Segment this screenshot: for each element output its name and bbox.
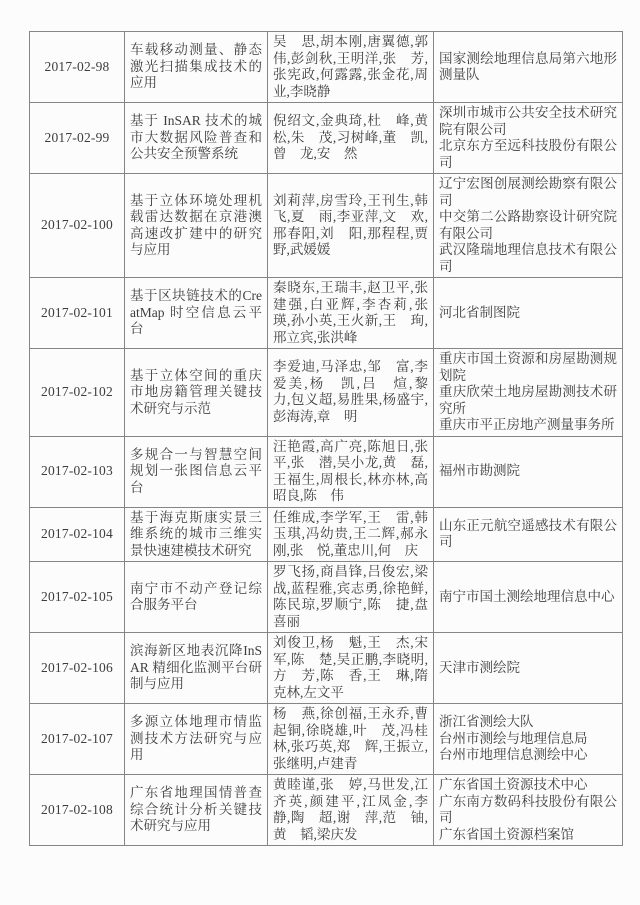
organization-line: 国家测绘地理信息局第六地形测量队 [439, 51, 617, 84]
award-id-cell: 2017-02-102 [30, 349, 125, 437]
organizations-cell: 重庆市国土资源和房屋勘测规划院重庆欣荣土地房屋勘测技术研究所重庆市平正房地产测量… [434, 349, 623, 437]
organizations-cell: 深圳市城市公共安全技术研究院有限公司北京东方至远科技股份有限公司 [434, 103, 623, 174]
organization-line: 辽宁宏图创展测绘勘察有限公司 [439, 176, 617, 209]
organization-line: 台州市地理信息测绘中心 [439, 747, 617, 764]
project-title-cell: 车载移动测量、静态激光扫描集成技术的应用 [125, 32, 268, 103]
awardees-cell: 黄睦谨,张 婷,马世发,江齐英,颜建平,江凤金,李 静,陶 超,谢 萍,范 铀,… [268, 775, 434, 846]
award-id-cell: 2017-02-107 [30, 704, 125, 775]
awardees-cell: 罗飞扬,商昌锋,吕俊宏,梁 战,蓝程雅,宾志勇,徐艳鲜,陈民琼,罗顺宁,陈 捷,… [268, 562, 434, 633]
organizations-cell: 辽宁宏图创展测绘勘察有限公司中交第二公路勘察设计研究院有限公司武汉隆瑞地理信息技… [434, 174, 623, 278]
award-id-cell: 2017-02-98 [30, 32, 125, 103]
awardees-cell: 任维成,李学军,王 雷,韩玉琪,冯幼贵,王二辉,郝永刚,张 悦,董忠川,何 庆 [268, 507, 434, 562]
project-title-cell: 多规合一与智慧空间规划一张图信息云平台 [125, 436, 268, 507]
awardees-cell: 李爱迪,马泽忠,邹 富,李爱美,杨 凯,吕 煊,黎 力,包义超,易胜果,杨盛宇,… [268, 349, 434, 437]
organization-line: 福州市勘测院 [439, 463, 617, 480]
table-row: 2017-02-103 多规合一与智慧空间规划一张图信息云平台 汪艳霞,高广亮,… [30, 436, 623, 507]
project-title-cell: 多源立体地理市情监测技术方法研究与应用 [125, 704, 268, 775]
organization-line: 浙江省测绘大队 [439, 714, 617, 731]
award-id-cell: 2017-02-106 [30, 633, 125, 704]
awardees-cell: 汪艳霞,高广亮,陈旭日,张 平,张 潜,吴小龙,黄 磊,王福生,周根长,林亦林,… [268, 436, 434, 507]
organizations-cell: 广东省国土资源技术中心广东南方数码科技股份有限公司广东省国土资源档案馆 [434, 775, 623, 846]
awardees-cell: 刘俊卫,杨 魁,王 杰,宋 军,陈 楚,吴正鹏,李晓明,方 芳,陈 香,王 琳,… [268, 633, 434, 704]
table-row: 2017-02-108 广东省地理国情普查综合统计分析关键技术研究与应用 黄睦谨… [30, 775, 623, 846]
award-id-cell: 2017-02-108 [30, 775, 125, 846]
award-id-cell: 2017-02-104 [30, 507, 125, 562]
table-row: 2017-02-98 车载移动测量、静态激光扫描集成技术的应用 吴 思,胡本刚,… [30, 32, 623, 103]
awardees-cell: 倪绍文,金典琦,杜 峰,黄 松,朱 茂,习树峰,董 凯,曾 龙,安 然 [268, 103, 434, 174]
table-row: 2017-02-107 多源立体地理市情监测技术方法研究与应用 杨 燕,徐创福,… [30, 704, 623, 775]
organizations-cell: 南宁市国土测绘地理信息中心 [434, 562, 623, 633]
award-id-cell: 2017-02-100 [30, 174, 125, 278]
organization-line: 中交第二公路勘察设计研究院有限公司 [439, 209, 617, 242]
table-row: 2017-02-102 基于立体空间的重庆市地房籍管理关键技术研究与示范 李爱迪… [30, 349, 623, 437]
award-id-cell: 2017-02-103 [30, 436, 125, 507]
organizations-cell: 山东正元航空遥感技术有限公司 [434, 507, 623, 562]
award-id-cell: 2017-02-99 [30, 103, 125, 174]
organization-line: 山东正元航空遥感技术有限公司 [439, 518, 617, 551]
organization-line: 天津市测绘院 [439, 660, 617, 677]
table-row: 2017-02-104 基于海克斯康实景三维系统的城市三维实景快速建模技术研究 … [30, 507, 623, 562]
scanned-document-page: 2017-02-98 车载移动测量、静态激光扫描集成技术的应用 吴 思,胡本刚,… [0, 0, 640, 905]
table-row: 2017-02-105 南宁市不动产登记综合服务平台 罗飞扬,商昌锋,吕俊宏,梁… [30, 562, 623, 633]
project-title-cell: 基于立体环境处理机载雷达数据在京港澳高速改扩建中的研究与应用 [125, 174, 268, 278]
organizations-cell: 浙江省测绘大队台州市测绘与地理信息局台州市地理信息测绘中心 [434, 704, 623, 775]
organization-line: 广东南方数码科技股份有限公司 [439, 794, 617, 827]
organization-line: 北京东方至远科技股份有限公司 [439, 138, 617, 171]
organization-line: 深圳市城市公共安全技术研究院有限公司 [439, 105, 617, 138]
project-title-cell: 基于海克斯康实景三维系统的城市三维实景快速建模技术研究 [125, 507, 268, 562]
organization-line: 河北省制图院 [439, 305, 617, 322]
award-table-body: 2017-02-98 车载移动测量、静态激光扫描集成技术的应用 吴 思,胡本刚,… [30, 32, 623, 846]
organization-line: 台州市测绘与地理信息局 [439, 731, 617, 748]
project-title-cell: 基于区块链技术的CreatMap 时空信息云平台 [125, 278, 268, 349]
project-title-cell: 基于立体空间的重庆市地房籍管理关键技术研究与示范 [125, 349, 268, 437]
awardees-cell: 杨 燕,徐创福,王永乔,曹起铜,徐晓雄,叶 茂,冯桂林,张巧英,郑 辉,王振立,… [268, 704, 434, 775]
project-title-cell: 基于 InSAR 技术的城市大数据风险普查和公共安全预警系统 [125, 103, 268, 174]
organization-line: 武汉隆瑞地理信息技术有限公司 [439, 242, 617, 275]
organization-line: 重庆市国土资源和房屋勘测规划院 [439, 351, 617, 384]
award-list-table: 2017-02-98 车载移动测量、静态激光扫描集成技术的应用 吴 思,胡本刚,… [29, 31, 623, 846]
organizations-cell: 河北省制图院 [434, 278, 623, 349]
award-id-cell: 2017-02-101 [30, 278, 125, 349]
award-id-cell: 2017-02-105 [30, 562, 125, 633]
organization-line: 重庆市平正房地产测量事务所 [439, 417, 617, 434]
project-title-cell: 滨海新区地表沉降InSAR 精细化监测平台研制与应用 [125, 633, 268, 704]
project-title-cell: 广东省地理国情普查综合统计分析关键技术研究与应用 [125, 775, 268, 846]
table-row: 2017-02-99 基于 InSAR 技术的城市大数据风险普查和公共安全预警系… [30, 103, 623, 174]
organization-line: 广东省国土资源技术中心 [439, 777, 617, 794]
table-row: 2017-02-101 基于区块链技术的CreatMap 时空信息云平台 秦晓东… [30, 278, 623, 349]
organization-line: 广东省国土资源档案馆 [439, 827, 617, 844]
project-title-cell: 南宁市不动产登记综合服务平台 [125, 562, 268, 633]
organizations-cell: 福州市勘测院 [434, 436, 623, 507]
table-row: 2017-02-106 滨海新区地表沉降InSAR 精细化监测平台研制与应用 刘… [30, 633, 623, 704]
awardees-cell: 刘莉萍,房雪玲,王刊生,韩 飞,夏 雨,李亚萍,文 欢,邢春阳,刘 阳,那程程,… [268, 174, 434, 278]
organization-line: 重庆欣荣土地房屋勘测技术研究所 [439, 384, 617, 417]
organizations-cell: 天津市测绘院 [434, 633, 623, 704]
table-row: 2017-02-100 基于立体环境处理机载雷达数据在京港澳高速改扩建中的研究与… [30, 174, 623, 278]
awardees-cell: 吴 思,胡本刚,唐翼德,郭 伟,彭剑秋,王明洋,张 芳,张宪政,何露露,张金花,… [268, 32, 434, 103]
organization-line: 南宁市国土测绘地理信息中心 [439, 589, 617, 606]
organizations-cell: 国家测绘地理信息局第六地形测量队 [434, 32, 623, 103]
awardees-cell: 秦晓东,王瑞丰,赵卫平,张建强,白亚辉,李杏莉,张 瑛,孙小英,王火新,王 珣,… [268, 278, 434, 349]
